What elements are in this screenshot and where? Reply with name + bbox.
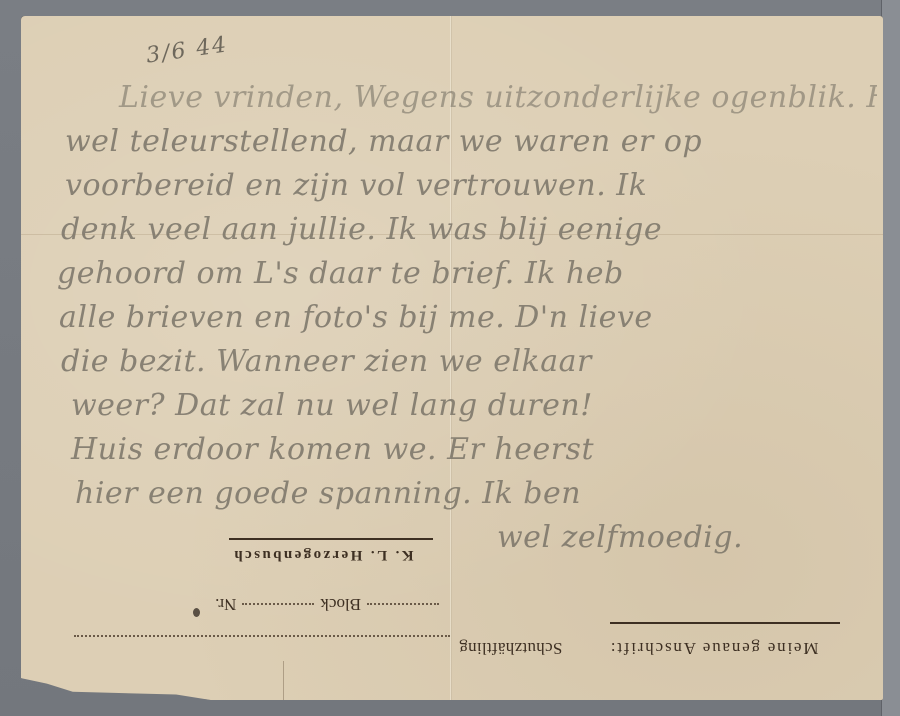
block-label: Block (320, 594, 361, 614)
handwritten-line: gehoord om L's daar te brief. Ik heb (57, 252, 877, 296)
handwritten-line: hier een goede spanning. Ik ben (57, 472, 877, 516)
handwritten-line: Huis erdoor komen we. Er heerst (57, 428, 877, 472)
nr-block-field: Block Nr. (169, 594, 439, 614)
camp-name-rule (229, 538, 433, 540)
handwritten-line: voorbereid en zijn vol vertrouwen. Ik (57, 164, 877, 208)
handwritten-text-body: Lieve vrinden, Wegens uitzonderlijke oge… (57, 76, 877, 560)
nr-label: Nr. (215, 594, 236, 614)
block-dotted-line (367, 603, 439, 605)
paper-tear (283, 661, 284, 701)
bottom-dotted-rule (74, 635, 450, 637)
handwritten-line: alle brieven en foto's bij me. D'n lieve (57, 296, 877, 340)
nr-dotted-line (242, 603, 314, 605)
handwritten-line: denk veel aan jullie. Ik was blij eenige (57, 208, 877, 252)
address-label: Meine genaue Anschrift: (609, 638, 818, 658)
camp-name-label: K. L. Herzogenbusch (232, 546, 413, 563)
ink-spot (193, 608, 200, 617)
handwritten-line: wel zelfmoedig. (57, 516, 877, 560)
letter-sheet: 3/6 44 Lieve vrinden, Wegens uitzonderli… (21, 16, 883, 700)
prisoner-status-label: Schutzhäftling (459, 638, 562, 658)
handwritten-line: Lieve vrinden, Wegens uitzonderlijke oge… (57, 76, 877, 120)
handwritten-line: die bezit. Wanneer zien we elkaar (57, 340, 877, 384)
address-rule (610, 622, 840, 624)
letter-date: 3/6 44 (145, 32, 230, 68)
handwritten-line: wel teleurstellend, maar we waren er op (57, 120, 877, 164)
handwritten-line: weer? Dat zal nu wel lang duren! (57, 384, 877, 428)
scanner-edge-strip (881, 0, 900, 716)
